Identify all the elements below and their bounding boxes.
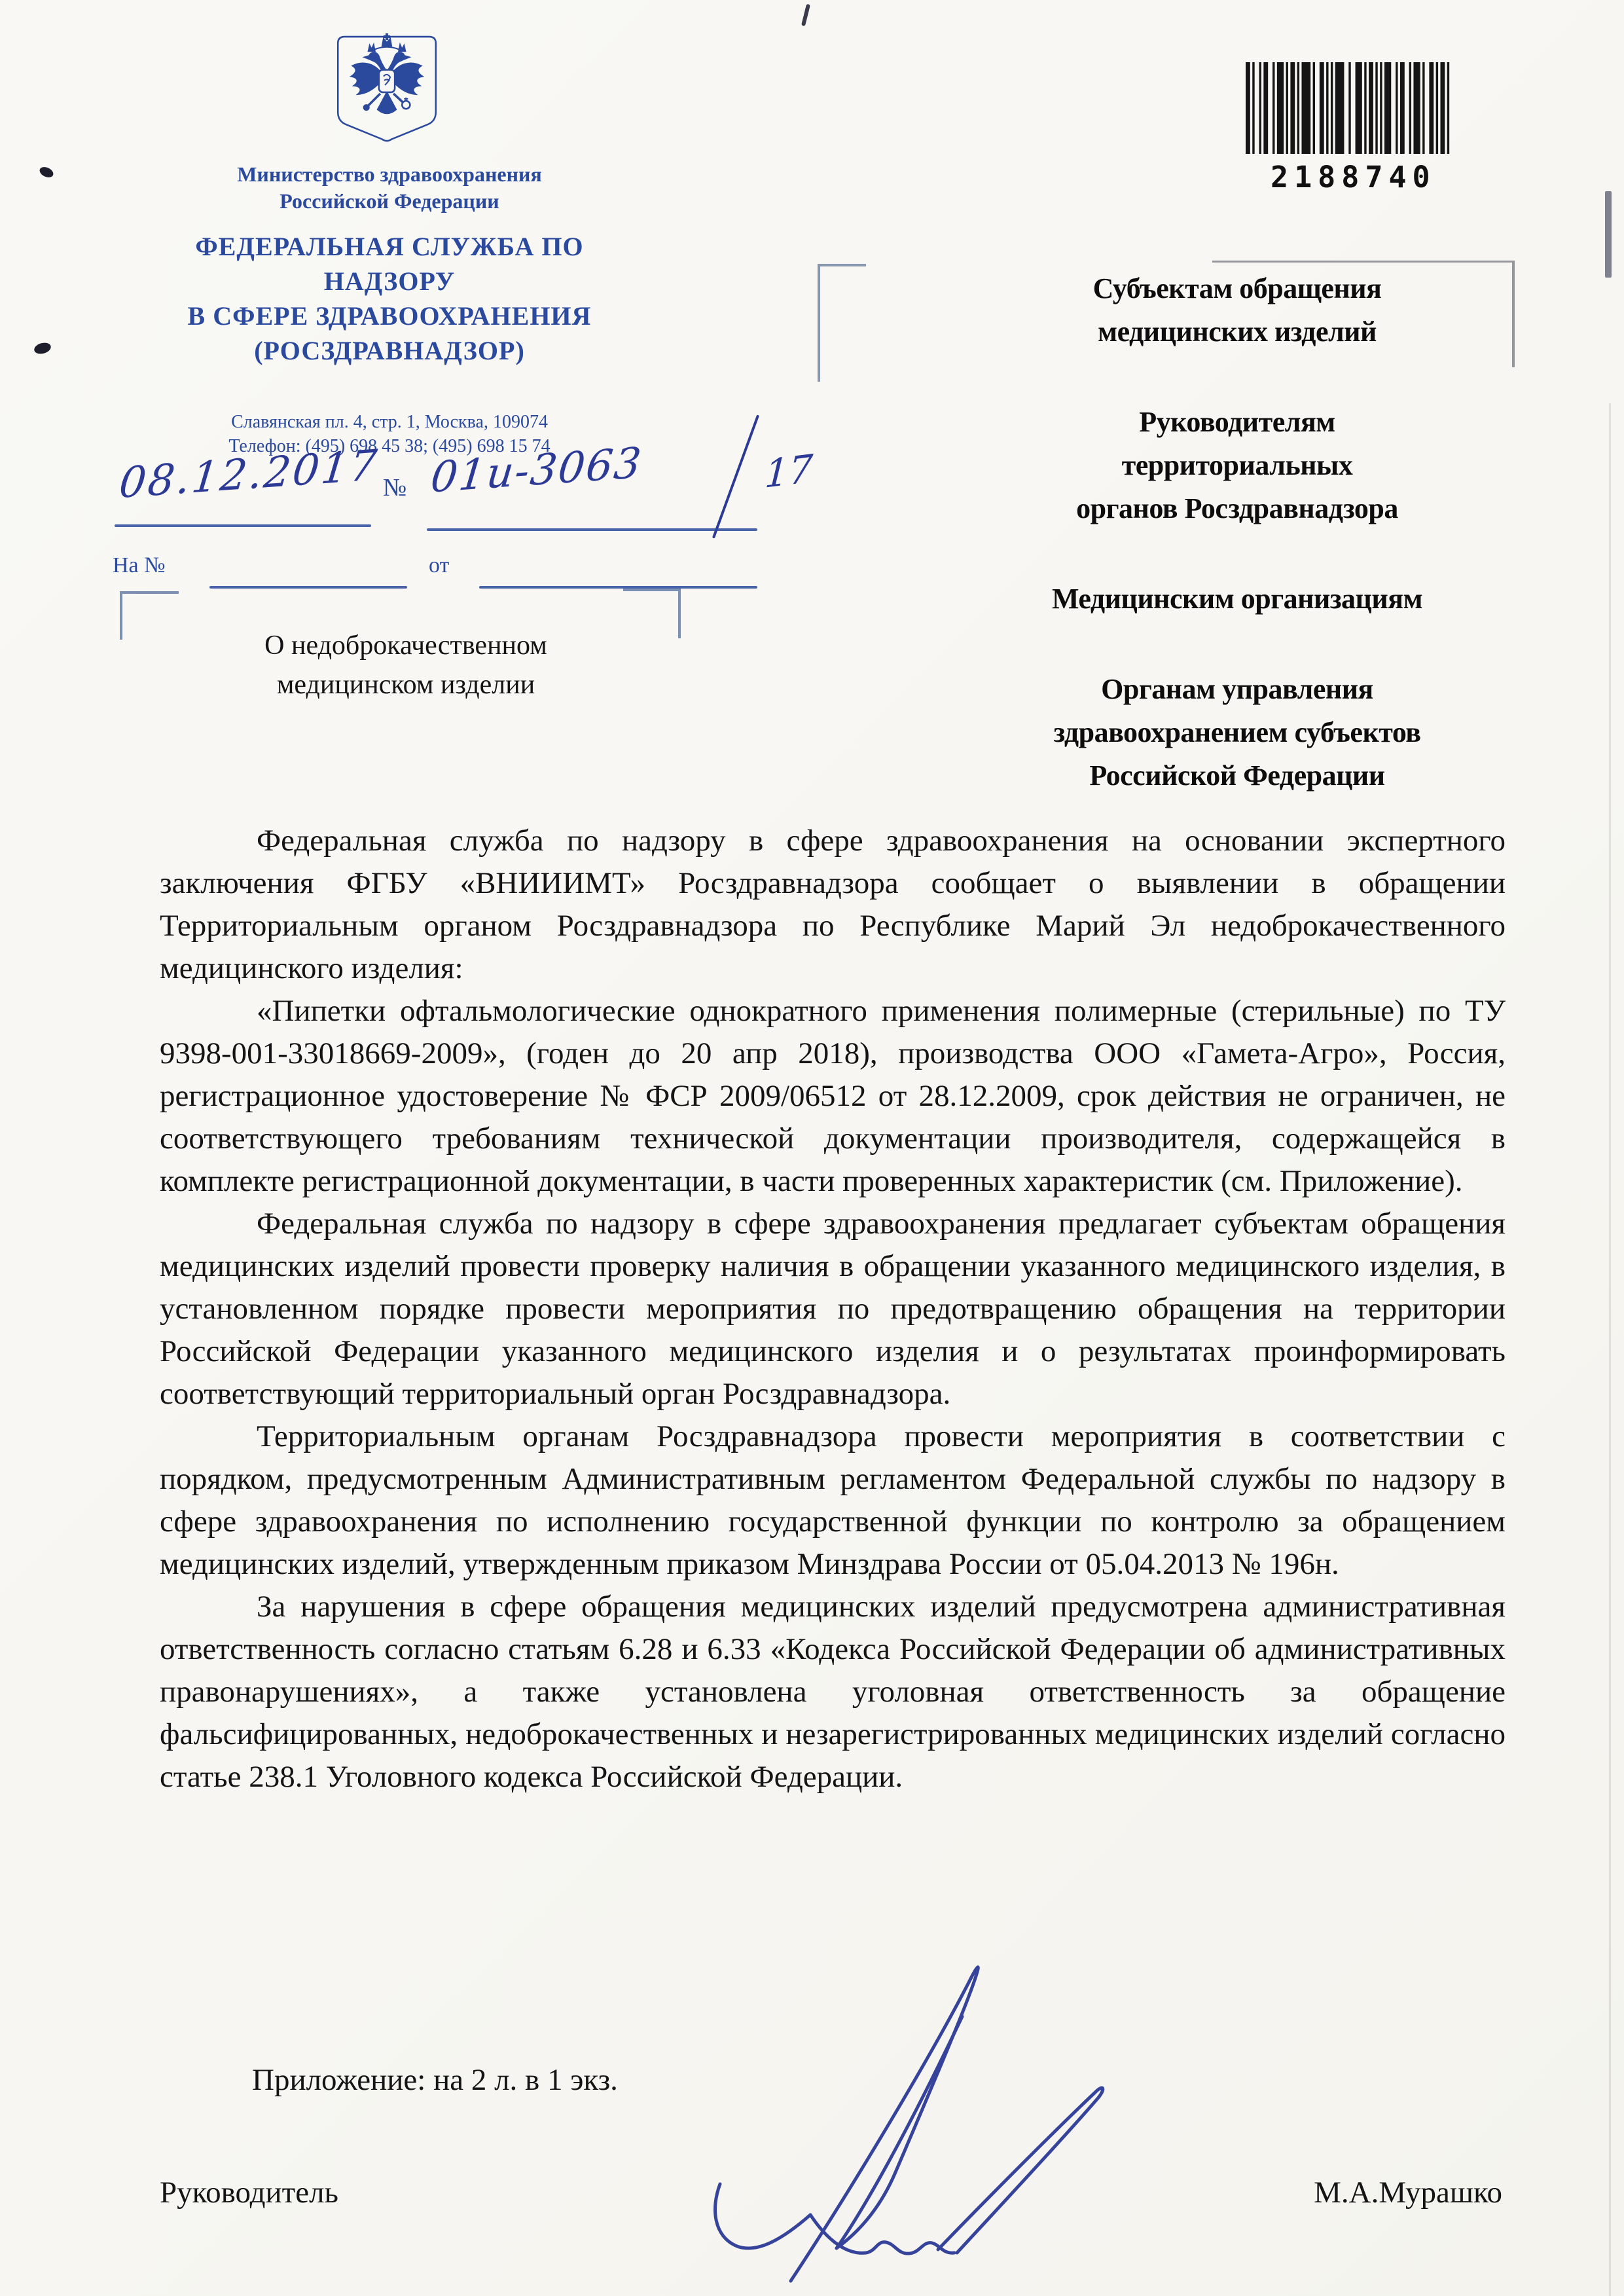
addressee-line: медицинских изделий — [949, 310, 1525, 354]
russia-coat-of-arms-icon — [331, 33, 443, 158]
addressee-group-medical-orgs: Медицинским организациям — [949, 577, 1525, 621]
barcode: 2188740 — [1246, 62, 1454, 194]
addressee-column: Субъектам обращения медицинских изделий … — [949, 267, 1525, 845]
number-underline — [427, 528, 757, 531]
handwritten-slash-stroke — [712, 414, 759, 538]
body-paragraph: За нарушения в сфере обращения медицинск… — [160, 1586, 1506, 1798]
scan-mark — [801, 4, 810, 26]
body-paragraph: Федеральная служба по надзору в сфере зд… — [160, 820, 1506, 990]
attachment-note: Приложение: на 2 л. в 1 экз. — [252, 2062, 618, 2098]
addressee-line: территориальных — [949, 444, 1525, 487]
reply-number-label: На № — [113, 553, 166, 578]
addressee-line: Субъектам обращения — [949, 267, 1525, 310]
addressee-line: Российской Федерации — [949, 754, 1525, 797]
date-underline — [115, 524, 371, 527]
addressee-group-subjects: Субъектам обращения медицинских изделий — [949, 267, 1525, 354]
signer-title: Руководитель — [160, 2175, 338, 2210]
letter-body: Федеральная служба по надзору в сфере зд… — [160, 820, 1506, 1798]
service-name-line2: В СФЕРЕ ЗДРАВООХРАНЕНИЯ — [128, 299, 651, 333]
addressee-corner-bracket-left — [818, 264, 866, 382]
signature-ink — [679, 1917, 1138, 2291]
letterhead: Министерство здравоохранения Российской … — [128, 161, 651, 458]
service-name-line1: ФЕДЕРАЛЬНАЯ СЛУЖБА ПО НАДЗОРУ — [128, 229, 651, 299]
signer-name: М.А.Мурашко — [1260, 2175, 1502, 2210]
subject-corner-bracket-right — [623, 589, 681, 638]
ink-speck — [33, 341, 52, 355]
scanned-letter-page: Министерство здравоохранения Российской … — [0, 0, 1624, 2296]
number-sign-label: № — [383, 473, 406, 502]
subject-block: О недоброкачественном медицинском издели… — [187, 626, 625, 704]
reply-date-underline — [479, 586, 757, 589]
subject-line1: О недоброкачественном — [187, 626, 625, 665]
addressee-line: здравоохранением субъектов — [949, 711, 1525, 754]
ministry-name-line1: Министерство здравоохранения — [128, 161, 651, 188]
addressee-line: органов Росздравнадзора — [949, 487, 1525, 530]
body-paragraph: «Пипетки офтальмологические однократного… — [160, 990, 1506, 1203]
page-edge-shadow — [1609, 403, 1611, 2296]
addressee-line: Медицинским организациям — [949, 577, 1525, 621]
subject-corner-bracket-left — [120, 591, 179, 640]
service-name-line3: (РОСЗДРАВНАДЗОР) — [128, 333, 651, 368]
body-paragraph: Территориальным органам Росздравнадзора … — [160, 1415, 1506, 1586]
addressee-group-territorial-heads: Руководителям территориальных органов Ро… — [949, 401, 1525, 530]
ministry-name-line2: Российской Федерации — [128, 188, 651, 215]
subject-line2: медицинском изделии — [187, 665, 625, 704]
reply-from-label: от — [429, 553, 449, 578]
barcode-number: 2188740 — [1246, 160, 1454, 194]
barcode-bars — [1246, 62, 1454, 154]
ink-speck — [38, 165, 55, 179]
reply-number-underline — [209, 586, 407, 589]
outgoing-number-suffix-handwritten: 17 — [763, 446, 814, 497]
letterhead-address: Славянская пл. 4, стр. 1, Москва, 109074 — [128, 410, 651, 434]
page-edge-mark — [1605, 191, 1612, 278]
addressee-line: Руководителям — [949, 401, 1525, 444]
addressee-group-health-authorities: Органам управления здравоохранением субъ… — [949, 668, 1525, 797]
body-paragraph: Федеральная служба по надзору в сфере зд… — [160, 1203, 1506, 1415]
addressee-line: Органам управления — [949, 668, 1525, 711]
